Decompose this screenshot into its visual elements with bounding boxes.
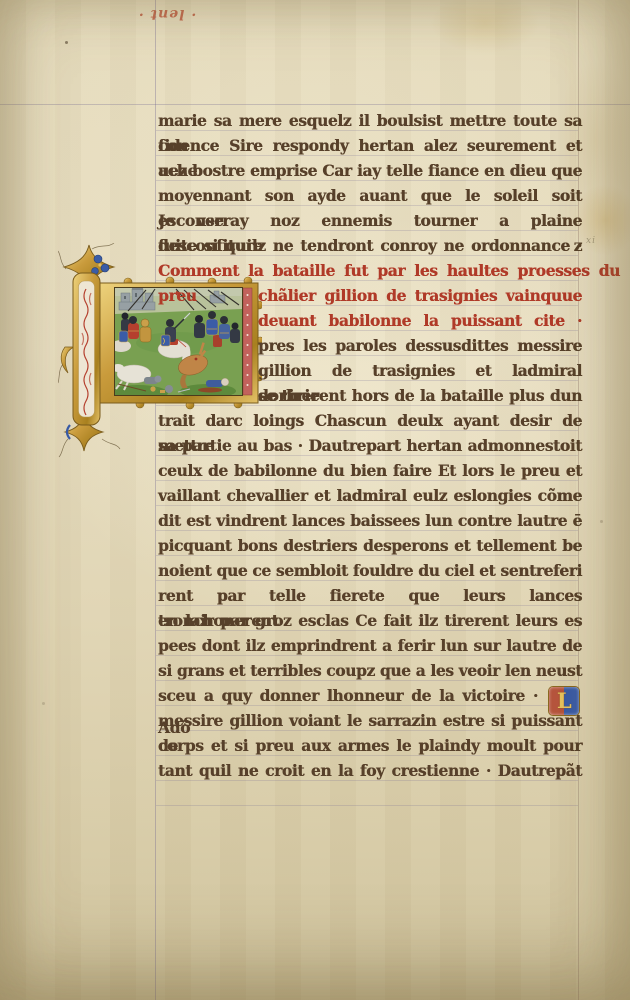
margin-inscription: · lent · [112, 6, 222, 22]
text-line: gillion de trasignies et ladmiral dorbri… [258, 358, 582, 383]
initial-stem [73, 273, 100, 425]
text-line: se tirerent hors de la bataille plus dun [258, 383, 582, 408]
text-line: pres les paroles dessusdittes messire [258, 333, 582, 358]
text-segment: sceu a quy donner lhonneur de la victoir… [158, 686, 538, 705]
text-line: sceu a quy donner lhonneur de la victoir… [158, 683, 582, 708]
parchment-speck [600, 520, 603, 523]
text-line: pees dont ilz emprindrent a ferir lun su… [158, 633, 582, 658]
gold-thorn-icon [61, 347, 74, 373]
text-line: vaillant chevallier et ladmiral eulz esl… [158, 483, 582, 508]
ruling-line-left [155, 0, 156, 1000]
text-line: corps et si preu aux armes le plaindy mo… [158, 733, 582, 758]
text-line: ceulx de babilonne du bien faire Et lors… [158, 458, 582, 483]
text-line: chãlier gillion de trasignies vainquue [258, 283, 582, 308]
text-line: fidence Sire respondy hertan alez seurem… [158, 133, 582, 158]
frame-red-band [243, 288, 252, 395]
parchment-speck [42, 702, 45, 705]
manuscript-page: · lent · xi [0, 0, 630, 1000]
text-line: sa partie au bas · Dautrepart hertan adm… [158, 433, 582, 458]
ruling-line-top [0, 104, 630, 105]
parchment-speck [65, 41, 68, 44]
margin-mark: xi [586, 236, 596, 246]
text-line: messire gillion voiant le sarrazin estre… [158, 708, 582, 733]
ruling-line [156, 805, 578, 806]
text-line: marie sa mere esquelz il boulsist mettre… [158, 108, 582, 133]
text-line: deuant babilonne la puissant cite · [258, 308, 582, 333]
parchment-stain [430, 0, 540, 54]
text-line: picquant bons destriers desperons et tel… [158, 533, 582, 558]
text-line: en lair par groz esclas Ce fait ilz tire… [158, 608, 582, 633]
text-line: trait darc loings Chascun deulx ayant de… [158, 408, 582, 433]
text-line: dit est vindrent lances baissees lun con… [158, 508, 582, 533]
text-line: uez bostre emprise Car iay telle fiance … [158, 158, 582, 183]
text-line: rent par telle fierete que leurs lances … [158, 583, 582, 608]
text-line: noient que ce sembloit fouldre du ciel e… [158, 558, 582, 583]
text-line: Comment la bataille fut par les haultes … [158, 258, 620, 283]
text-line: fuite si quilz ne tendront conroy ne ord… [158, 233, 582, 258]
text-line: moyennant son ayde auant que le soleil s… [158, 183, 582, 208]
text-line: si grans et terribles coupz que a les ve… [158, 658, 582, 683]
text-line: Je verray noz ennemis tourner a plaine d… [158, 208, 582, 233]
text-line: tant quil ne croit en la foy crestienne … [158, 758, 582, 783]
